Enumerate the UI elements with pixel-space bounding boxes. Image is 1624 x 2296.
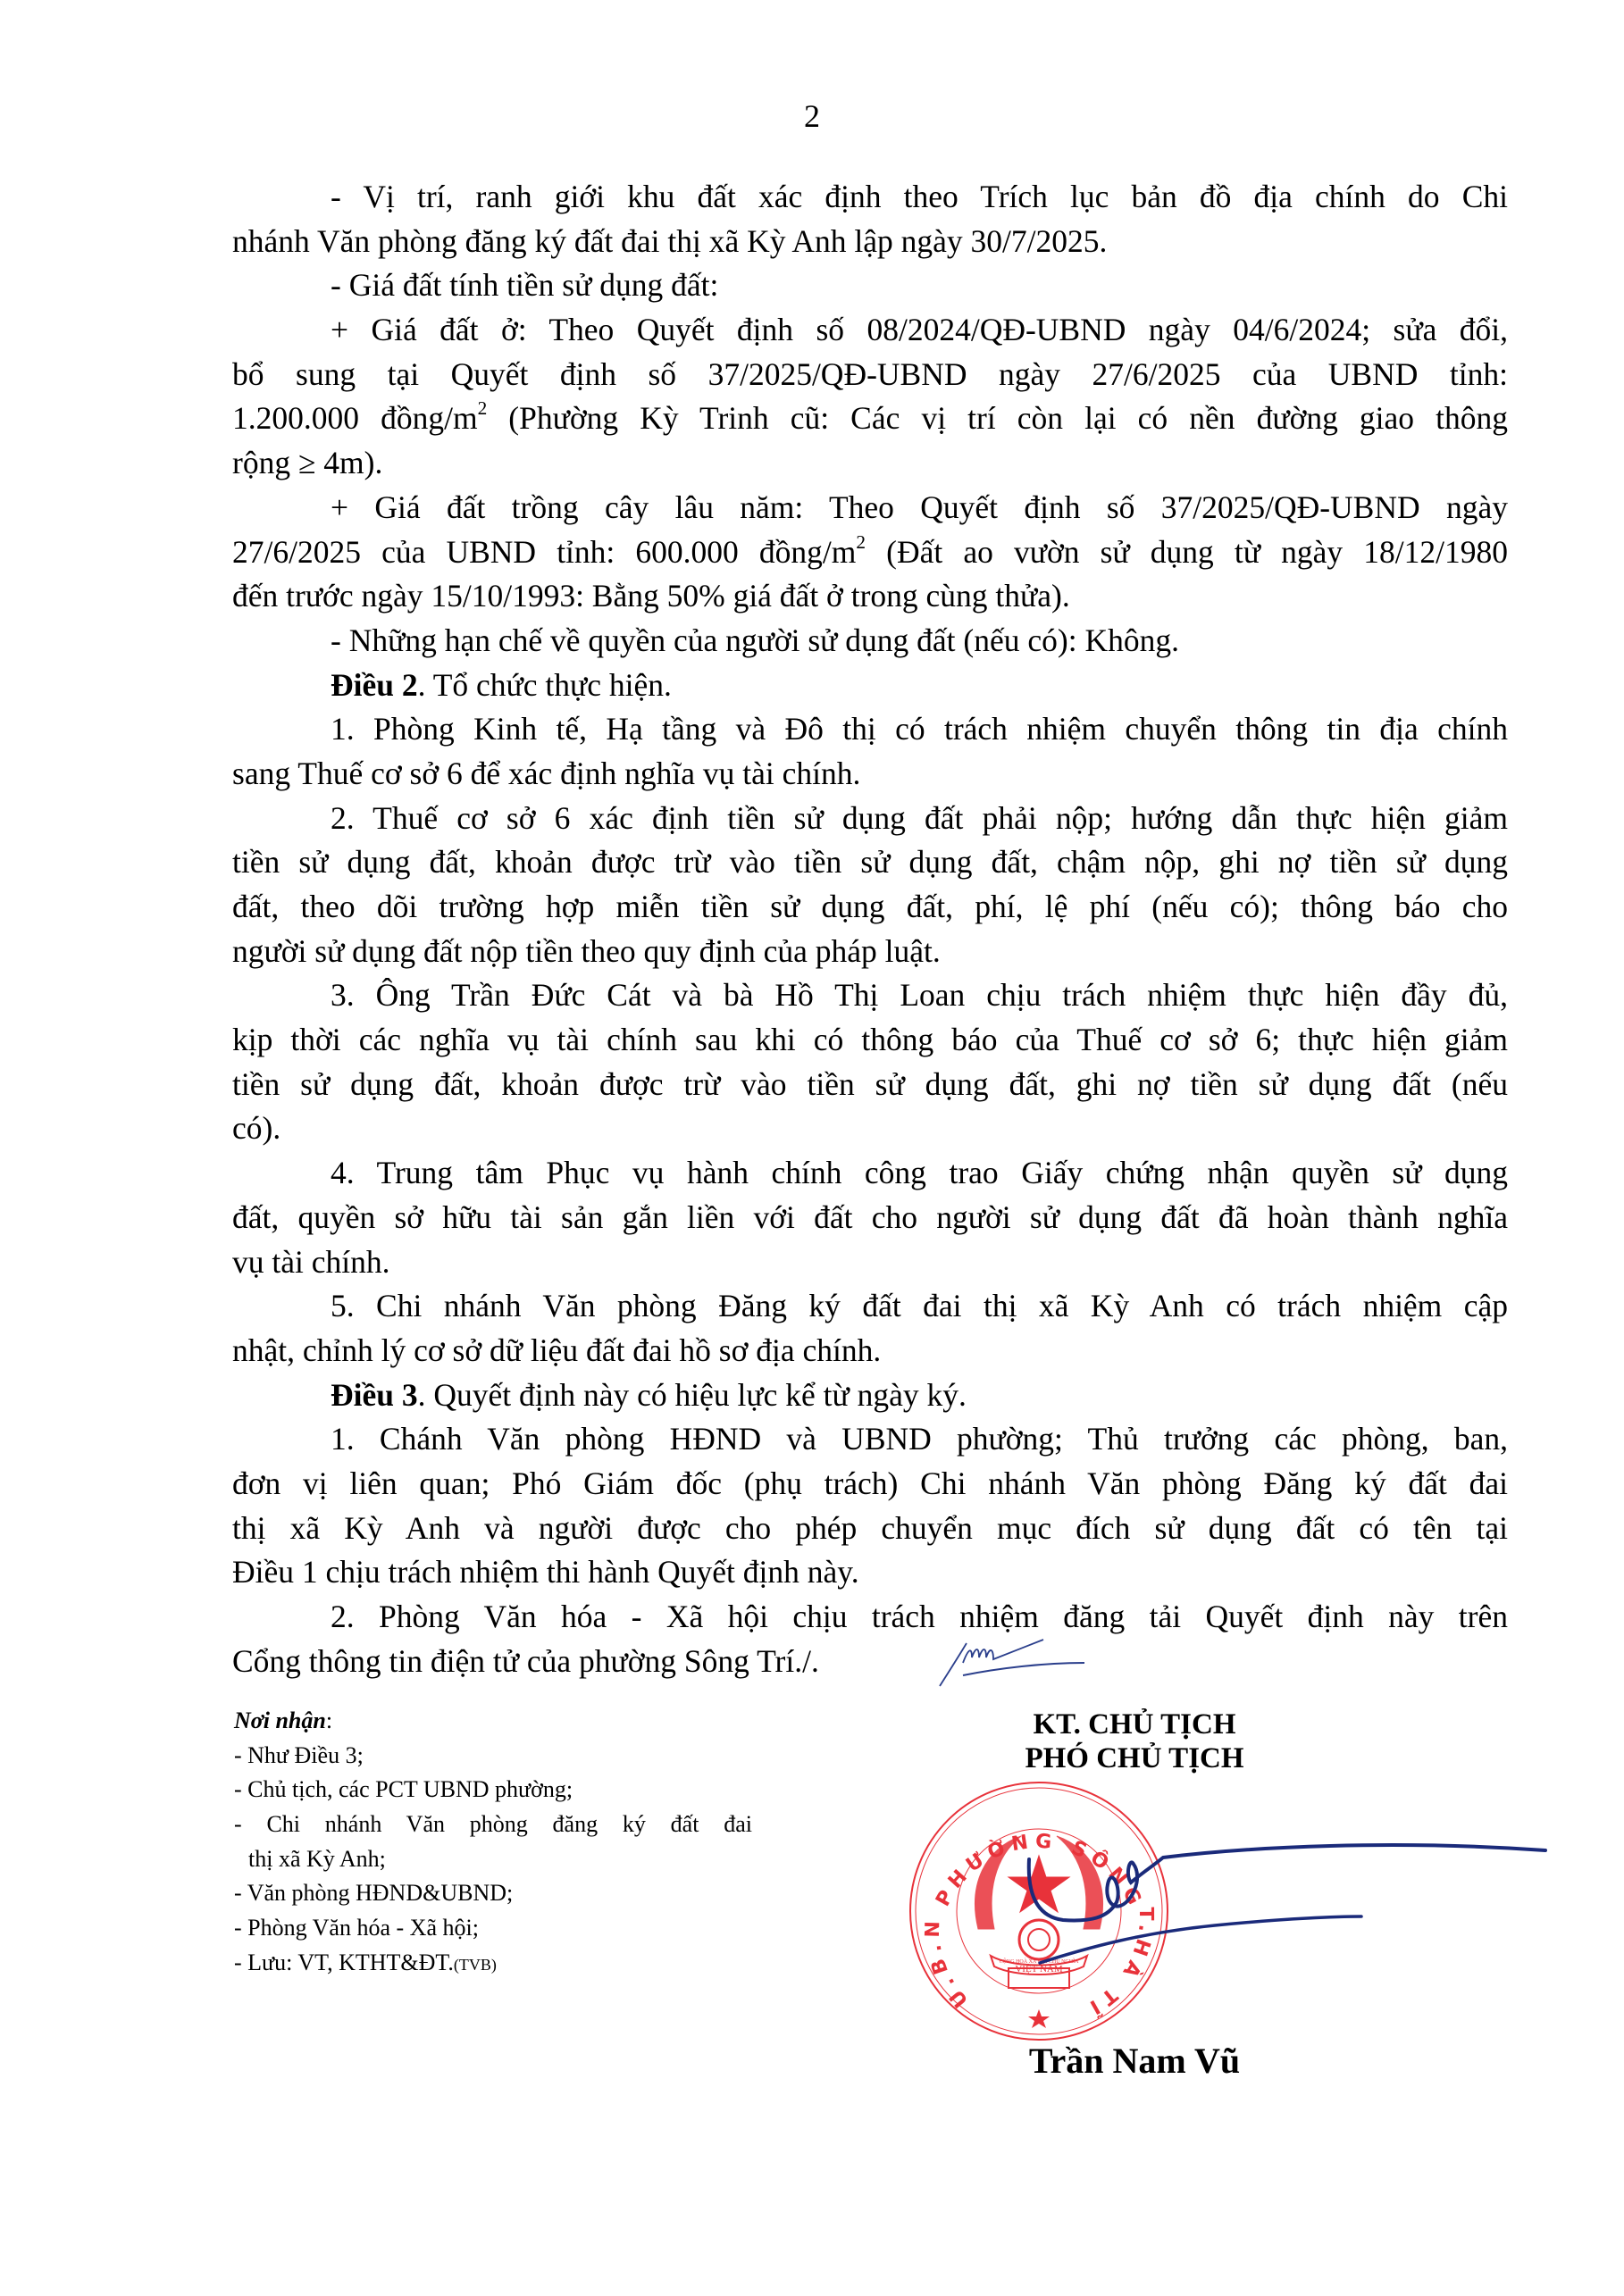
body-line: đất, theo dõi trường hợp miễn tiền sử dụ… (232, 885, 1508, 930)
body-line: 3. Ông Trần Đức Cát và bà Hồ Thị Loan ch… (232, 973, 1508, 1018)
body-line: người sử dụng đất nộp tiền theo quy định… (232, 930, 1508, 974)
recipients-title-text: Nơi nhận (234, 1707, 326, 1733)
body-line: 5. Chi nhánh Văn phòng Đăng ký đất đai t… (232, 1284, 1508, 1329)
body-line: đất, quyền sở hữu tài sản gắn liền với đ… (232, 1196, 1508, 1240)
body-line: bổ sung tại Quyết định số 37/2025/QĐ-UBN… (232, 353, 1508, 397)
body-line: 2. Thuế cơ sở 6 xác định tiền sử dụng đấ… (232, 797, 1508, 841)
body-line: đến trước ngày 15/10/1993: Bằng 50% giá … (232, 574, 1508, 619)
body-line: thị xã Kỳ Anh và người được cho phép chu… (232, 1507, 1508, 1551)
body-line: 1. Chánh Văn phòng HĐND và UBND phường; … (232, 1417, 1508, 1462)
body-line: - Giá đất tính tiền sử dụng đất: (232, 263, 1508, 308)
signature-title-block: KT. CHỦ TỊCH PHÓ CHỦ TỊCH (947, 1707, 1322, 1775)
recipient-item: - Như Điều 3; (234, 1739, 752, 1774)
drafter-initials: (TVB) (454, 1956, 497, 1974)
body-line: 1.200.000 đồng/m2 (Phường Kỳ Trinh cũ: C… (232, 397, 1508, 441)
handwritten-signature-icon (1018, 1840, 1554, 1991)
body-line: nhật, chỉnh lý cơ sở dữ liệu đất đai hồ … (232, 1329, 1508, 1373)
body-line: Điều 2. Tổ chức thực hiện. (232, 664, 1508, 708)
body-line: kịp thời các nghĩa vụ tài chính sau khi … (232, 1018, 1508, 1063)
body-line: 4. Trung tâm Phục vụ hành chính công tra… (232, 1151, 1508, 1196)
signer-name: Trần Nam Vũ (947, 2041, 1322, 2082)
body-line: - Những hạn chế về quyền của người sử dụ… (232, 619, 1508, 664)
recipients-title: Nơi nhận: (234, 1704, 752, 1739)
recipient-item: - Chi nhánh Văn phòng đăng ký đất đai (234, 1808, 752, 1842)
recipient-item: - Chủ tịch, các PCT UBND phường; (234, 1773, 752, 1808)
body-line: rộng ≥ 4m). (232, 441, 1508, 486)
body-line: tiền sử dụng đất, khoản được trừ vào tiề… (232, 1063, 1508, 1107)
article-heading: Điều 3 (331, 1377, 418, 1413)
body-line: vụ tài chính. (232, 1240, 1508, 1285)
body-line: 2. Phòng Văn hóa - Xã hội chịu trách nhi… (232, 1595, 1508, 1640)
recipient-item: thị xã Kỳ Anh; (234, 1842, 752, 1877)
body-line: + Giá đất trồng cây lâu năm: Theo Quyết … (232, 486, 1508, 530)
body-line: đơn vị liên quan; Phó Giám đốc (phụ trác… (232, 1462, 1508, 1507)
decision-body: - Vị trí, ranh giới khu đất xác định the… (232, 175, 1508, 1683)
recipient-item: - Lưu: VT, KTHT&ĐT.(TVB) (234, 1946, 752, 1981)
recipient-item: - Văn phòng HĐND&UBND; (234, 1876, 752, 1911)
superscript: 2 (478, 397, 488, 419)
recipients-list: - Như Điều 3;- Chủ tịch, các PCT UBND ph… (234, 1739, 752, 1981)
recipients-block: Nơi nhận: - Như Điều 3;- Chủ tịch, các P… (234, 1704, 752, 1981)
signature-title-line1: KT. CHỦ TỊCH (947, 1707, 1322, 1741)
body-line: 1. Phòng Kinh tế, Hạ tầng và Đô thị có t… (232, 707, 1508, 752)
body-line: nhánh Văn phòng đăng ký đất đai thị xã K… (232, 220, 1508, 264)
recipient-item: - Phòng Văn hóa - Xã hội; (234, 1911, 752, 1946)
body-line: có). (232, 1106, 1508, 1151)
body-line: + Giá đất ở: Theo Quyết định số 08/2024/… (232, 308, 1508, 353)
body-line: 27/6/2025 của UBND tỉnh: 600.000 đồng/m2… (232, 530, 1508, 575)
superscript: 2 (856, 531, 866, 553)
body-line: sang Thuế cơ sở 6 để xác định nghĩa vụ t… (232, 752, 1508, 797)
body-line: tiền sử dụng đất, khoản được trừ vào tiề… (232, 840, 1508, 885)
body-line: Cổng thông tin điện tử của phường Sông T… (232, 1640, 1508, 1684)
body-line: Điều 3. Quyết định này có hiệu lực kể từ… (232, 1373, 1508, 1418)
page-number: 2 (0, 98, 1624, 134)
article-heading: Điều 2 (331, 667, 418, 703)
recipients-title-colon: : (326, 1707, 332, 1733)
initials-paraph-icon (936, 1636, 1088, 1690)
signature-title-line2: PHÓ CHỦ TỊCH (947, 1741, 1322, 1775)
body-line: Điều 1 chịu trách nhiệm thi hành Quyết đ… (232, 1550, 1508, 1595)
body-line: - Vị trí, ranh giới khu đất xác định the… (232, 175, 1508, 220)
